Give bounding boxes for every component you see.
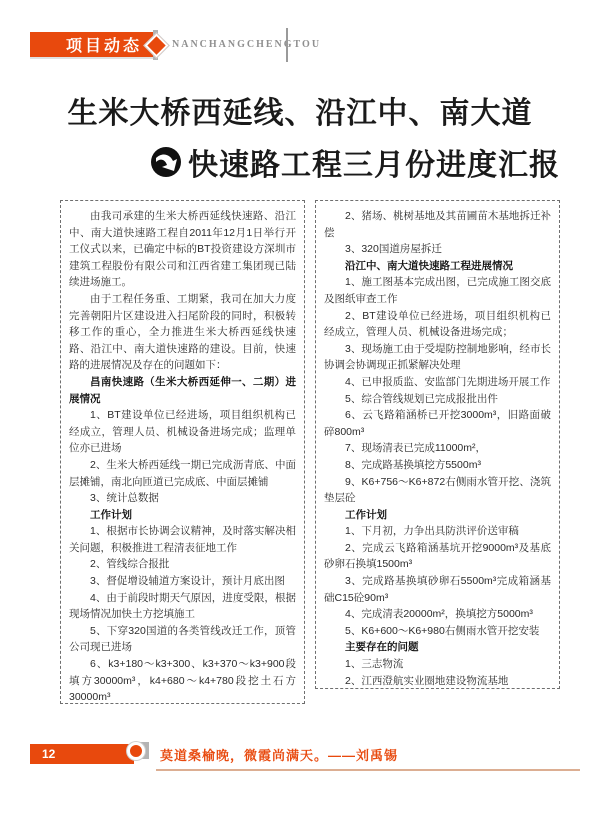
header-divider-line bbox=[286, 28, 288, 62]
paragraph: 5、综合管线规划已完成报批出件 bbox=[324, 391, 551, 408]
page-number: 12 bbox=[42, 747, 55, 761]
paragraph: 6、云飞路箱涵桥已开挖3000m³，旧路面破碎800m³ bbox=[324, 407, 551, 440]
paragraph: 2、完成云飞路箱涵基坑开挖9000m³及基底砂卵石换填1500m³ bbox=[324, 540, 551, 573]
left-text-column: 由我司承建的生米大桥西延线快速路、沿江中、南大道快速路工程自2011年12月1日… bbox=[60, 200, 305, 704]
section-header-label: 项目动态 bbox=[66, 33, 142, 56]
paragraph: 6、k3+180～k3+300、k3+370～k3+900段填方30000m³，… bbox=[69, 656, 296, 704]
paragraph: 2、猪场、桃树基地及其苗圃苗木基地拆迁补偿 bbox=[324, 208, 551, 241]
paragraph: 由我司承建的生米大桥西延线快速路、沿江中、南大道快速路工程自2011年12月1日… bbox=[69, 208, 296, 291]
paragraph: 3、320国道房屋拆迁 bbox=[324, 241, 551, 258]
paragraph: 3、统计总数据 bbox=[69, 490, 296, 507]
paragraph: 7、现场清表已完成11000m²， bbox=[324, 440, 551, 457]
section-heading: 昌南快速路（生米大桥西延伸一、二期）进展情况 bbox=[69, 374, 296, 407]
section-heading: 主要存在的问题 bbox=[324, 639, 551, 656]
paragraph: 由于工程任务重、工期紧，我司在加大力度完善朝阳片区建设进入扫尾阶段的同时，积极转… bbox=[69, 291, 296, 374]
section-heading: 沿江中、南大道快速路工程进展情况 bbox=[324, 258, 551, 275]
paragraph: 5、K6+600～K6+980右侧雨水管开挖安装 bbox=[324, 623, 551, 640]
paragraph: 2、BT建设单位已经进场，项目组织机构已经成立，管理人员、机械设备进场完成； bbox=[324, 308, 551, 341]
paragraph: 4、由于前段时期天气原因，进度受限，根据现场情况加快土方挖填施工 bbox=[69, 590, 296, 623]
section-heading: 工作计划 bbox=[324, 507, 551, 524]
paragraph: 1、根据市长协调会议精神，及时落实解决相关问题，积极推进工程清表征地工作 bbox=[69, 523, 296, 556]
page-number-bar: 12 bbox=[30, 744, 134, 764]
footer-quote: 莫道桑榆晚，微霞尚满天。——刘禹锡 bbox=[160, 745, 398, 764]
paragraph: 4、完成清表20000m²，换填挖方5000m³ bbox=[324, 606, 551, 623]
article-title: 生米大桥西延线、沿江中、南大道 快速路工程三月份进度汇报 bbox=[0, 88, 600, 184]
paragraph: 3、完成路基换填砂卵石5500m³完成箱涵基础C15砼90m³ bbox=[324, 573, 551, 606]
footer-circle-icon bbox=[127, 742, 145, 760]
footer-rule bbox=[156, 769, 580, 771]
paragraph: 1、BT建设单位已经进场，项目组织机构已经成立，管理人员、机械设备进场完成；监理… bbox=[69, 407, 296, 457]
article-title-line2: 快速路工程三月份进度汇报 bbox=[188, 140, 560, 184]
paragraph: 3、督促增设辅道方案设计，预计月底出图 bbox=[69, 573, 296, 590]
circle-arrow-icon bbox=[150, 146, 182, 178]
paragraph: 3、现场施工由于受堤防控制地影响，经市长协调会协调现正抓紧解决处理 bbox=[324, 341, 551, 374]
paragraph: 1、下月初，力争出具防洪评价送审稿 bbox=[324, 523, 551, 540]
journal-name: NANCHANGCHENGTOU bbox=[172, 39, 321, 50]
paragraph: 1、三志物流 bbox=[324, 656, 551, 673]
section-heading: 工作计划 bbox=[69, 507, 296, 524]
right-text-column: 2、猪场、桃树基地及其苗圃苗木基地拆迁补偿3、320国道房屋拆迁沿江中、南大道快… bbox=[315, 200, 560, 689]
paragraph: 2、管线综合报批 bbox=[69, 556, 296, 573]
paragraph: 4、已申报质监、安监部门先期进场开展工作 bbox=[324, 374, 551, 391]
paragraph: 2、生米大桥西延线一期已完成沥青底、中面层摊铺，南北向匝道已完成底、中面层摊铺 bbox=[69, 457, 296, 490]
article-title-line2-row: 快速路工程三月份进度汇报 bbox=[55, 140, 600, 184]
paragraph: 5、下穿320国道的各类管线改迁工作，顶管公司现已进场 bbox=[69, 623, 296, 656]
paragraph: 9、K6+756～K6+872右侧雨水管开挖、浇筑垫层砼 bbox=[324, 474, 551, 507]
paragraph: 2、江西澄航实业圈地建设物流基地 bbox=[324, 673, 551, 689]
article-title-line1: 生米大桥西延线、沿江中、南大道 bbox=[0, 88, 600, 132]
paragraph: 1、施工图基本完成出图，已完成施工图交底及图纸审查工作 bbox=[324, 274, 551, 307]
magazine-page: 项目动态 NANCHANGCHENGTOU 生米大桥西延线、沿江中、南大道 快速… bbox=[0, 0, 600, 820]
section-header-bar: 项目动态 bbox=[30, 32, 158, 57]
paragraph: 8、完成路基换填挖方5500m³ bbox=[324, 457, 551, 474]
